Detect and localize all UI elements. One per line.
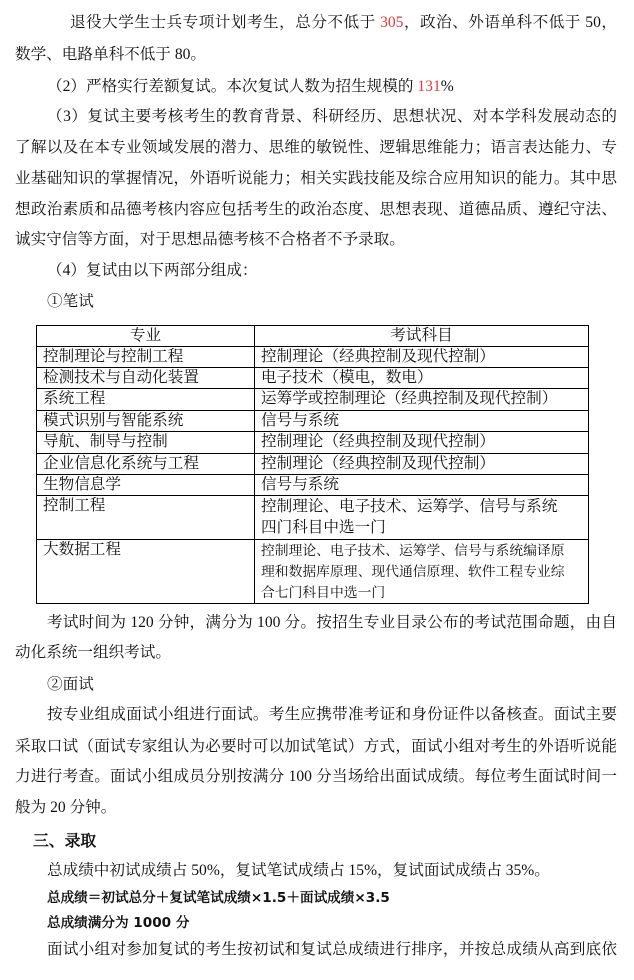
item-3-line: 诚实守信等方面，对于思想品德考核不合格者不予录取。 bbox=[15, 224, 617, 255]
major-cell: 模式识别与智能系统 bbox=[37, 411, 255, 432]
percent-sign: % bbox=[441, 78, 454, 95]
table-header-row: 专业 考试科目 bbox=[37, 326, 589, 347]
ranking-line: 面试小组对参加复试的考生按初试和复试总成绩进行排序，并按总成绩从高到底依 bbox=[47, 934, 617, 965]
veteran-requirement-line-1: 退役大学生士兵专项计划考生，总分不低于 305，政治、外语单科不低于 50， bbox=[70, 7, 617, 38]
subject-cell: 控制理论（经典控制及现代控制） bbox=[255, 432, 589, 454]
header-subject: 考试科目 bbox=[255, 326, 589, 347]
veteran-text-after: ，政治、外语单科不低于 50， bbox=[403, 14, 617, 31]
score-weights: 总成绩中初试成绩占 50%，复试笔试成绩占 15%，复试面试成绩占 35%。 bbox=[47, 855, 617, 886]
major-cell: 检测技术与自动化装置 bbox=[37, 368, 255, 389]
subject-line: 理和数据库原理、现代通信原理、软件工程专业综 bbox=[261, 561, 582, 582]
item-3-line: 想政治素质和品德考核内容应包括考生的政治态度、思想表现、道德品质、遵纪守法、 bbox=[15, 194, 617, 225]
subject-line: 四门科目中选一门 bbox=[261, 517, 582, 538]
interview-label: ②面试 bbox=[47, 669, 617, 700]
table-row: 系统工程 运筹学或控制理论（经典控制及现代控制） bbox=[37, 389, 589, 411]
table-row: 检测技术与自动化装置 电子技术（模电，数电） bbox=[37, 368, 589, 389]
subject-cell: 电子技术（模电，数电） bbox=[255, 368, 589, 389]
table-row: 模式识别与智能系统 信号与系统 bbox=[37, 411, 589, 432]
major-cell: 大数据工程 bbox=[37, 540, 255, 604]
veteran-requirement-line-2: 数学、电路单科不低于 80。 bbox=[15, 39, 617, 70]
interview-line: 按专业组成面试小组进行面试。考生应携带准考证和身份证件以备核查。面试主要 bbox=[47, 699, 617, 730]
item-3-line: 业基础知识的掌握情况，外语听说能力；相关实践技能及综合应用知识的能力。其中思 bbox=[15, 163, 617, 194]
table-row: 企业信息化系统与工程 控制理论（经典控制及现代控制） bbox=[37, 454, 589, 475]
header-major: 专业 bbox=[37, 326, 255, 347]
major-cell: 企业信息化系统与工程 bbox=[37, 454, 255, 475]
subject-line: 合七门科目中选一门 bbox=[261, 582, 582, 603]
written-exam-label: ①笔试 bbox=[47, 286, 617, 317]
item-2-differential-retest: （2）严格实行差额复试。本次复试人数为招生规模的 131% bbox=[47, 71, 617, 102]
veteran-text-before: 退役大学生士兵专项计划考生，总分不低于 bbox=[70, 14, 380, 31]
retest-ratio-value: 131 bbox=[417, 78, 440, 95]
item-3-line: 了解以及在本专业领域发展的潜力、思维的敏锐性、逻辑思维能力；语言表达能力、专 bbox=[15, 132, 617, 163]
item-2-text: （2）严格实行差额复试。本次复试人数为招生规模的 bbox=[47, 78, 417, 95]
major-cell: 控制工程 bbox=[37, 496, 255, 540]
table-row: 控制工程 控制理论、电子技术、运筹学、信号与系统 四门科目中选一门 bbox=[37, 496, 589, 540]
subject-cell: 控制理论、电子技术、运筹学、信号与系统编译原 理和数据库原理、现代通信原理、软件… bbox=[255, 540, 589, 604]
major-cell: 控制理论与控制工程 bbox=[37, 347, 255, 368]
interview-line: 般为 20 分钟。 bbox=[15, 792, 617, 823]
written-exam-note-line: 考试时间为 120 分钟，满分为 100 分。按招生专业目录公布的考试范围命题，… bbox=[47, 607, 617, 638]
item-3-line: （3）复试主要考核考生的教育背景、科研经历、思想状况、对本学科发展动态的 bbox=[47, 101, 617, 132]
subject-cell: 控制理论、电子技术、运筹学、信号与系统 四门科目中选一门 bbox=[255, 496, 589, 540]
section-3-heading: 三、录取 bbox=[33, 825, 333, 856]
major-cell: 生物信息学 bbox=[37, 475, 255, 496]
major-cell: 系统工程 bbox=[37, 389, 255, 411]
table-row: 导航、制导与控制 控制理论（经典控制及现代控制） bbox=[37, 432, 589, 454]
subject-cell: 控制理论（经典控制及现代控制） bbox=[255, 347, 589, 368]
subject-cell: 控制理论（经典控制及现代控制） bbox=[255, 454, 589, 475]
subject-cell: 信号与系统 bbox=[255, 411, 589, 432]
subject-cell: 运筹学或控制理论（经典控制及现代控制） bbox=[255, 389, 589, 411]
item-4-intro: （4）复试由以下两部分组成： bbox=[47, 255, 617, 286]
exam-subjects-table: 专业 考试科目 控制理论与控制工程 控制理论（经典控制及现代控制） 检测技术与自… bbox=[36, 325, 589, 604]
interview-line: 力进行考查。面试小组成员分别按满分 100 分当场给出面试成绩。每位考生面试时间… bbox=[15, 761, 617, 792]
major-cell: 导航、制导与控制 bbox=[37, 432, 255, 454]
table-row: 大数据工程 控制理论、电子技术、运筹学、信号与系统编译原 理和数据库原理、现代通… bbox=[37, 540, 589, 604]
veteran-total-score: 305 bbox=[380, 14, 403, 31]
subject-cell: 信号与系统 bbox=[255, 475, 589, 496]
interview-line: 采取口试（面试专家组认为必要时可以加试笔试）方式，面试小组对考生的外语听说能 bbox=[15, 731, 617, 762]
table-row: 控制理论与控制工程 控制理论（经典控制及现代控制） bbox=[37, 347, 589, 368]
subject-line: 控制理论、电子技术、运筹学、信号与系统 bbox=[261, 496, 582, 517]
subject-line: 控制理论、电子技术、运筹学、信号与系统编译原 bbox=[261, 540, 582, 561]
table-row: 生物信息学 信号与系统 bbox=[37, 475, 589, 496]
written-exam-note-line: 动化系统一组织考试。 bbox=[15, 637, 617, 668]
